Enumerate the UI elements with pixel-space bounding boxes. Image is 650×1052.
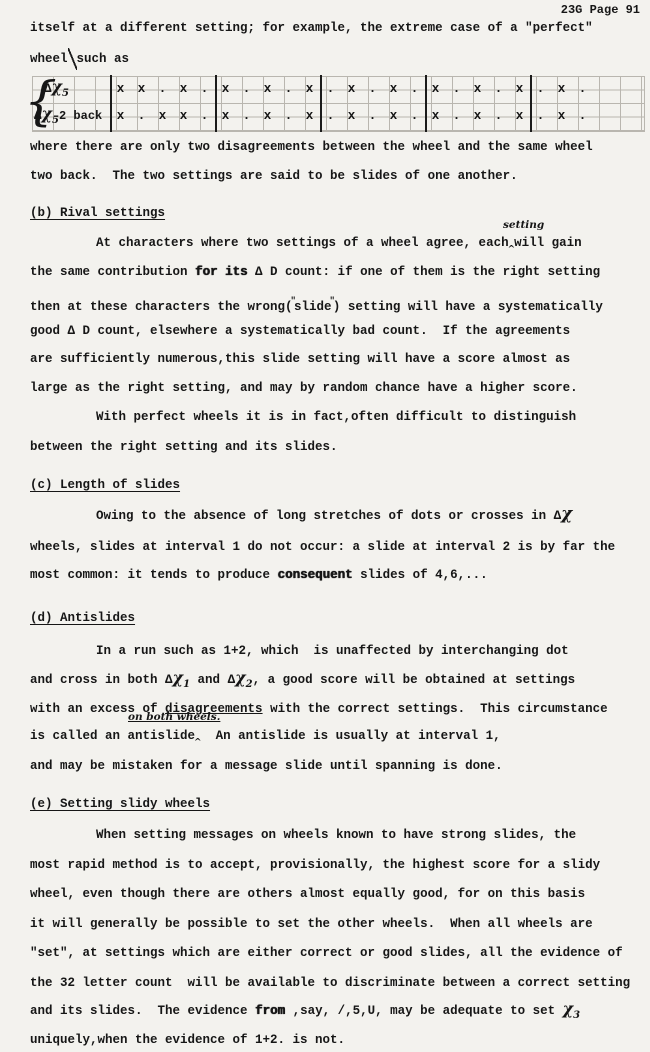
wheel-cell: x xyxy=(215,76,236,102)
wheel-cell: . xyxy=(404,103,425,129)
body-line: With perfect wheels it is in fact,often … xyxy=(30,407,576,427)
body-line: In a run such as 1+2, which is unaffecte… xyxy=(30,641,569,661)
wheel-cell: x xyxy=(110,103,131,129)
body-line: most rapid method is to accept, provisio… xyxy=(30,855,600,875)
subscript: 1 xyxy=(183,679,190,690)
body-text: and xyxy=(190,673,228,687)
wheel-cell: . xyxy=(320,103,341,129)
section-c-heading: (c) Length of slides xyxy=(30,475,180,495)
body-line: is called an antislide^ An antislide is … xyxy=(30,726,501,753)
wheel-cell: x xyxy=(467,76,488,102)
body-line: then at these characters the wrong("slid… xyxy=(30,291,603,317)
chi-symbol: χ xyxy=(563,999,574,1018)
wheel-cell: x xyxy=(341,103,362,129)
body-line: and its slides. The evidence from ,say, … xyxy=(30,1001,580,1026)
wheel-cell: x xyxy=(152,103,173,129)
body-line: with an excess of disagreements with the… xyxy=(30,699,608,719)
wheel-cell: . xyxy=(320,76,341,102)
body-line: and cross in both Δχ1 and Δχ2, a good sc… xyxy=(30,670,575,695)
wheel-cell: . xyxy=(278,103,299,129)
body-text: slides of 4,6,... xyxy=(353,568,488,582)
row-label: Δχ52 back xyxy=(32,103,110,134)
body-text: Δ D count: if one of them is the right s… xyxy=(248,265,601,279)
wheel-cell: x xyxy=(383,76,404,102)
wheel-cell: x xyxy=(383,103,404,129)
section-b-heading: (b) Rival settings xyxy=(30,203,165,223)
body-line: When setting messages on wheels known to… xyxy=(30,825,576,845)
subscript: 2 xyxy=(246,679,253,690)
delta-symbol: Δ xyxy=(228,673,236,687)
body-line: large as the right setting, and may by r… xyxy=(30,378,578,398)
body-text: with the correct settings. This circumst… xyxy=(263,702,608,716)
body-text: then at these characters the wrong( xyxy=(30,300,293,314)
delta-symbol: Δ xyxy=(34,109,42,123)
body-line: and may be mistaken for a message slide … xyxy=(30,756,503,776)
chi-symbol: χ xyxy=(561,504,572,524)
body-line: wheel, even though there are others almo… xyxy=(30,884,585,904)
wheel-cell: x xyxy=(299,103,320,129)
wheel-cell: . xyxy=(530,76,551,102)
body-text: slide xyxy=(294,300,332,314)
wheel-cell: . xyxy=(446,76,467,102)
wheel-cell: x xyxy=(341,76,362,102)
body-text: the same contribution xyxy=(30,265,195,279)
wheel-cell: x xyxy=(131,76,152,102)
body-text: and cross in both xyxy=(30,673,165,687)
wheel-cell: . xyxy=(362,76,383,102)
chi-symbol: χ xyxy=(173,668,184,687)
section-e-heading: (e) Setting slidy wheels xyxy=(30,794,210,814)
body-text: is called an antislide xyxy=(30,729,195,743)
handwritten-correction: for its xyxy=(195,265,248,279)
delta-symbol: Δ xyxy=(554,509,562,523)
wheel-cell: x xyxy=(215,103,236,129)
subscript: 3 xyxy=(573,1010,580,1021)
wheel-cell: . xyxy=(362,103,383,129)
document-page: 23G Page 91 itself at a different settin… xyxy=(0,0,650,1052)
body-text: At characters where two settings of a wh… xyxy=(96,236,509,250)
wheel-cell: x xyxy=(299,76,320,102)
handwritten-correction: from xyxy=(255,1004,285,1018)
wheel-cell: x xyxy=(425,76,446,102)
wheel-cell: . xyxy=(404,76,425,102)
wheel-cell: . xyxy=(488,103,509,129)
body-line: good Δ D count, elsewhere a systematical… xyxy=(30,321,570,341)
wheel-cells: xx.x.x.x.x.x.x.x.x.x.x. xyxy=(110,76,635,102)
body-line: two back. The two settings are said to b… xyxy=(30,166,518,186)
handwritten-insertion-stroke-mark xyxy=(68,48,77,70)
wheel-cell: . xyxy=(131,103,152,129)
body-text: ,say, /,5,U, may be adequate to set xyxy=(285,1004,563,1018)
body-line: itself at a different setting; for examp… xyxy=(30,18,593,38)
subscript: 5 xyxy=(52,115,59,126)
wheel-cell: x xyxy=(425,103,446,129)
wheel-cell: x xyxy=(509,103,530,129)
wheel-pattern-table: { Δχ5xx.x.x.x.x.x.x.x.x.x.x. Δχ52 backx.… xyxy=(32,76,645,132)
chi-symbol: χ xyxy=(52,77,63,96)
body-text: and its slides. The evidence xyxy=(30,1004,255,1018)
body-text: ) setting will have a systematically xyxy=(333,300,603,314)
wheel-cell: x xyxy=(551,76,572,102)
chi-symbol: χ xyxy=(42,104,53,123)
body-line: wheelsuch as xyxy=(30,48,129,70)
body-line: At characters where two settings of a wh… xyxy=(30,233,582,260)
wheel-cell: . xyxy=(572,76,593,102)
body-line: the same contribution for its Δ D count:… xyxy=(30,262,600,282)
wheel-cells: x.xx.x.x.x.x.x.x.x.x.x. xyxy=(110,103,635,129)
wheel-cell: . xyxy=(530,103,551,129)
wheel-cell: x xyxy=(551,103,572,129)
wheel-cell: . xyxy=(194,103,215,129)
body-line: are sufficiently numerous,this slide set… xyxy=(30,349,570,369)
body-line: wheels, slides at interval 1 do not occu… xyxy=(30,537,615,557)
wheel-cell: . xyxy=(236,103,257,129)
wheel-cell: . xyxy=(572,103,593,129)
wheel-cell: . xyxy=(152,76,173,102)
handwritten-insertion: on both wheels. xyxy=(128,711,220,723)
body-line: where there are only two disagreements b… xyxy=(30,137,593,157)
body-text: wheel xyxy=(30,52,68,66)
subscript: 5 xyxy=(62,88,69,99)
body-line: Owing to the absence of long stretches o… xyxy=(30,506,572,526)
page-reference: 23G Page 91 xyxy=(561,3,640,17)
body-line: it will generally be possible to set the… xyxy=(30,914,593,934)
body-text: will gain xyxy=(514,236,582,250)
wheel-cell: x xyxy=(257,103,278,129)
body-text: An antislide is usually at interval 1, xyxy=(201,729,501,743)
wheel-cell: x xyxy=(173,76,194,102)
delta-symbol: Δ xyxy=(165,673,173,687)
wheel-cell: x xyxy=(509,76,530,102)
wheel-cell: x xyxy=(110,76,131,102)
wheel-cell: . xyxy=(236,76,257,102)
delta-symbol: Δ xyxy=(44,82,52,96)
chi-symbol: χ xyxy=(235,668,246,687)
body-text: Owing to the absence of long stretches o… xyxy=(96,509,554,523)
wheel-cell: . xyxy=(488,76,509,102)
body-line: "set", at settings which are either corr… xyxy=(30,943,623,963)
section-d-heading: (d) Antislides xyxy=(30,608,135,628)
body-text: such as xyxy=(77,52,130,66)
body-text: , a good score will be obtained at setti… xyxy=(253,673,576,687)
body-line: most common: it tends to produce consequ… xyxy=(30,565,488,585)
body-line: between the right setting and its slides… xyxy=(30,437,338,457)
body-line: uniquely,when the evidence of 1+2. is no… xyxy=(30,1030,345,1050)
wheel-cell: . xyxy=(194,76,215,102)
wheel-cell: x xyxy=(173,103,194,129)
wheel-row-delta-chi5: Δχ5xx.x.x.x.x.x.x.x.x.x.x. xyxy=(32,76,635,103)
wheel-row-delta-chi5-two-back: Δχ52 backx.xx.x.x.x.x.x.x.x.x.x. xyxy=(32,103,635,130)
row-label-suffix: 2 back xyxy=(59,109,102,123)
handwritten-correction: consequent xyxy=(278,568,353,582)
wheel-cell: x xyxy=(467,103,488,129)
wheel-cell: x xyxy=(257,76,278,102)
wheel-cell: . xyxy=(446,103,467,129)
handwritten-insertion: setting xyxy=(503,219,544,231)
body-text: most common: it tends to produce xyxy=(30,568,278,582)
body-line: the 32 letter count will be available to… xyxy=(30,973,630,993)
wheel-cell: . xyxy=(278,76,299,102)
